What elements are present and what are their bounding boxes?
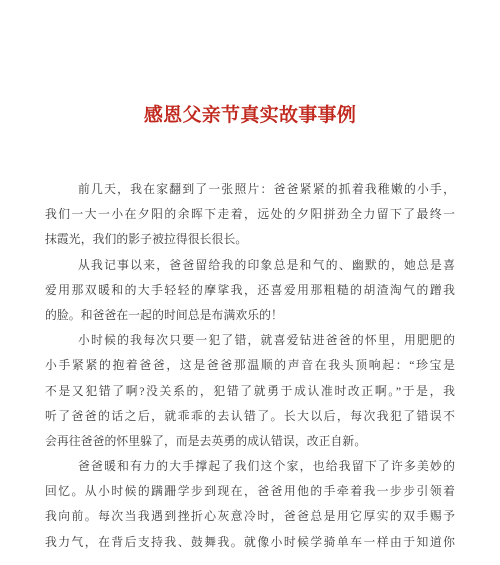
text-line: 从我记事以来，爸爸留给我的印象总是和气的、幽默的，她总是喜 bbox=[45, 253, 455, 278]
text-line: 会再往爸爸的怀里躲了，而是去英勇的成认错误，改正自新。 bbox=[45, 429, 455, 454]
text-line: 我力气，在背后支持我、鼓舞我。就像小时候学骑单车一样由于知道你 bbox=[45, 530, 455, 555]
text-line: 的脸。和爸爸在一起的时间总是布满欢乐的！ bbox=[45, 303, 455, 328]
text-line: 小手紧紧的抱着爸爸，这是爸爸那温顺的声音在我头顶响起：“珍宝是 bbox=[45, 353, 455, 378]
text-line: 不是又犯错了啊?没关系的，犯错了就勇于成认准时改正啊。”于是，我 bbox=[45, 379, 455, 404]
article-body: 前几天，我在家翻到了一张照片：爸爸紧紧的抓着我稚嫩的小手，我们一大一小在夕阳的余… bbox=[45, 177, 455, 555]
document-page: 感恩父亲节真实故事事例 前几天，我在家翻到了一张照片：爸爸紧紧的抓着我稚嫩的小手… bbox=[0, 0, 500, 565]
text-line: 我向前。每次当我遇到挫折心灰意冷时，爸爸总是用它厚实的双手赐予 bbox=[45, 504, 455, 529]
text-line: 爸爸暖和有力的大手撑起了我们这个家，也给我留下了许多美妙的 bbox=[45, 454, 455, 479]
text-line: 爱用那双暖和的大手轻轻的摩挲我，还喜爱用那粗糙的胡渣淘气的蹭我 bbox=[45, 278, 455, 303]
text-line: 我们一大一小在夕阳的余晖下走着，远处的夕阳拼劲全力留下了最终一 bbox=[45, 202, 455, 227]
text-line: 听了爸爸的话之后，就乖乖的去认错了。长大以后，每次我犯了错误不 bbox=[45, 404, 455, 429]
document-title: 感恩父亲节真实故事事例 bbox=[0, 100, 500, 127]
text-line: 前几天，我在家翻到了一张照片：爸爸紧紧的抓着我稚嫩的小手， bbox=[45, 177, 455, 202]
text-line: 回忆。从小时候的蹒跚学步到现在，爸爸用他的手牵着我一步步引领着 bbox=[45, 479, 455, 504]
text-line: 抹霞光，我们的影子被拉得很长很长。 bbox=[45, 227, 455, 252]
text-line: 小时候的我每次只要一犯了错，就喜爱钻进爸爸的怀里，用肥肥的 bbox=[45, 328, 455, 353]
